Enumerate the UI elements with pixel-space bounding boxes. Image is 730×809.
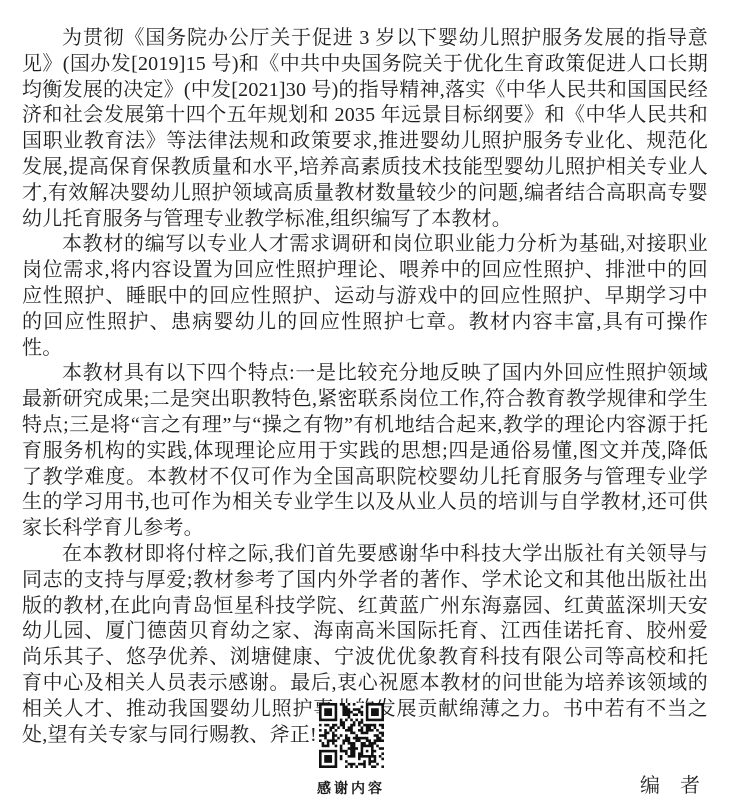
preface-paragraph-1: 为贯彻《国务院办公厅关于促进 3 岁以下婴幼儿照护服务发展的指导意见》(国办发[… xyxy=(22,26,708,232)
preface-body: 为贯彻《国务院办公厅关于促进 3 岁以下婴幼儿照护服务发展的指导意见》(国办发[… xyxy=(0,0,730,748)
qr-group: 感谢内容 xyxy=(318,703,384,798)
qr-code-icon xyxy=(319,703,384,768)
qr-caption: 感谢内容 xyxy=(317,778,385,798)
preface-paragraph-3: 本教材具有以下四个特点:一是比较充分地反映了国内外回应性照护领域最新研究成果;二… xyxy=(22,361,708,542)
preface-paragraph-2: 本教材的编写以专业人才需求调研和岗位职业能力分析为基础,对接职业岗位需求,将内容… xyxy=(22,232,708,361)
preface-page: 为贯彻《国务院办公厅关于促进 3 岁以下婴幼儿照护服务发展的指导意见》(国办发[… xyxy=(0,0,730,809)
